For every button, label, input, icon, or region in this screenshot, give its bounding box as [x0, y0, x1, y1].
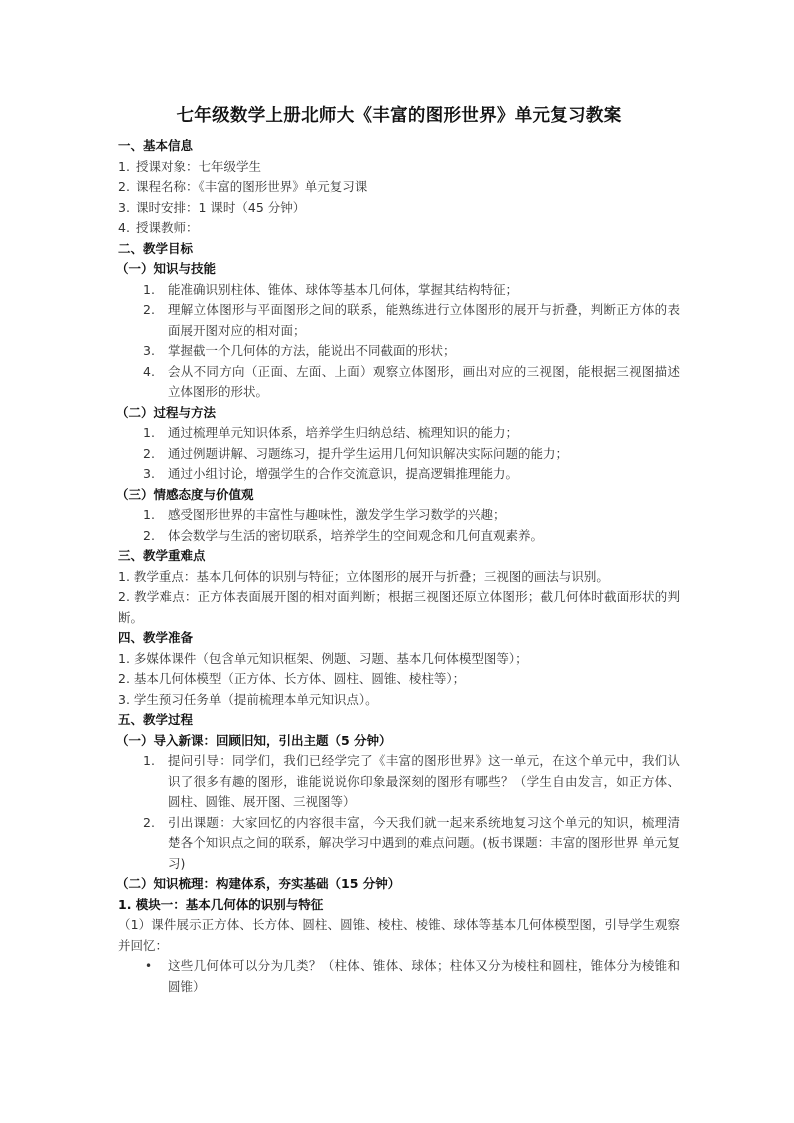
item-text: 提问引导：同学们，我们已经学完了《丰富的图形世界》这一单元，在这个单元中，我们认…: [168, 753, 680, 809]
list-item: 2.通过例题讲解、习题练习，提升学生运用几何知识解决实际问题的能力；: [118, 444, 680, 465]
bullet-list: •这些几何体可以分为几类？（柱体、锥体、球体；柱体又分为棱柱和圆柱，锥体分为棱锥…: [118, 956, 680, 997]
item-text: 这些几何体可以分为几类？（柱体、锥体、球体；柱体又分为棱柱和圆柱，锥体分为棱锥和…: [168, 958, 680, 994]
item-number: 1.: [118, 159, 130, 174]
list-item: 1.能准确识别柱体、锥体、球体等基本几何体，掌握其结构特征；: [118, 280, 680, 301]
info-item: 3.课时安排：1 课时（45 分钟）: [118, 198, 680, 219]
item-number: 2.: [118, 179, 130, 194]
preparation-item: 1. 多媒体课件（包含单元知识框架、例题、习题、基本几何体模型图等）；: [118, 649, 680, 670]
item-text: 课程名称：《丰富的图形世界》单元复习课: [136, 179, 367, 194]
key-point-item: 1. 教学重点：基本几何体的识别与特征；立体图形的展开与折叠；三视图的画法与识别…: [118, 567, 680, 588]
item-number: 3.: [118, 200, 130, 215]
list-item: 3.通过小组讨论，增强学生的合作交流意识，提高逻辑推理能力。: [118, 464, 680, 485]
list-item: 2.理解立体图形与平面图形之间的联系，能熟练进行立体图形的展开与折叠，判断正方体…: [118, 300, 680, 341]
item-text: 掌握截一个几何体的方法，能说出不同截面的形状；: [168, 343, 456, 358]
process-list: 1.通过梳理单元知识体系，培养学生归纳总结、梳理知识的能力； 2.通过例题讲解、…: [118, 423, 680, 485]
subsection-heading-values: （三）情感态度与价值观: [116, 485, 680, 506]
subsection-heading-knowledge: （一）知识与技能: [116, 259, 680, 280]
subsection-heading-review: （二）知识梳理：构建体系，夯实基础（15 分钟）: [116, 874, 680, 895]
item-text: 授课对象：七年级学生: [136, 159, 261, 174]
item-text: 通过梳理单元知识体系，培养学生归纳总结、梳理知识的能力；: [168, 425, 518, 440]
item-number: 2.: [143, 444, 155, 465]
list-item: 2.引出课题：大家回忆的内容很丰富，今天我们就一起来系统地复习这个单元的知识，梳…: [118, 813, 680, 875]
section-heading-objectives: 二、教学目标: [118, 239, 680, 260]
item-number: 1.: [143, 505, 155, 526]
item-number: 1.: [143, 423, 155, 444]
subsection-heading-process: （二）过程与方法: [116, 403, 680, 424]
section-heading-basic-info: 一、基本信息: [118, 136, 680, 157]
subsection-heading-intro: （一）导入新课：回顾旧知，引出主题（5 分钟）: [116, 731, 680, 752]
preparation-item: 2. 基本几何体模型（正方体、长方体、圆柱、圆锥、棱柱等）；: [118, 669, 680, 690]
document-page: 七年级数学上册北师大《丰富的图形世界》单元复习教案 一、基本信息 1.授课对象：…: [118, 104, 680, 997]
section-heading-process: 五、教学过程: [118, 710, 680, 731]
knowledge-list: 1.能准确识别柱体、锥体、球体等基本几何体，掌握其结构特征； 2.理解立体图形与…: [118, 280, 680, 403]
item-number: 3.: [143, 464, 155, 485]
item-text: 通过例题讲解、习题练习，提升学生运用几何知识解决实际问题的能力；: [168, 446, 568, 461]
item-number: 1.: [143, 751, 155, 772]
item-text: 引出课题：大家回忆的内容很丰富，今天我们就一起来系统地复习这个单元的知识，梳理清…: [168, 815, 680, 871]
list-item: 1.通过梳理单元知识体系，培养学生归纳总结、梳理知识的能力；: [118, 423, 680, 444]
item-number: 4.: [143, 362, 155, 383]
preparation-item: 3. 学生预习任务单（提前梳理本单元知识点）。: [118, 690, 680, 711]
item-text: 授课教师：: [136, 220, 199, 235]
item-number: 1.: [143, 280, 155, 301]
bullet-icon: •: [145, 956, 152, 977]
item-number: 2.: [143, 526, 155, 547]
module-paragraph: （1）课件展示正方体、长方体、圆柱、圆锥、棱柱、棱锥、球体等基本几何体模型图，引…: [118, 915, 680, 956]
item-text: 通过小组讨论，增强学生的合作交流意识，提高逻辑推理能力。: [168, 466, 518, 481]
item-text: 会从不同方向（正面、左面、上面）观察立体图形，画出对应的三视图，能根据三视图描述…: [168, 364, 680, 400]
list-item: 3.掌握截一个几何体的方法，能说出不同截面的形状；: [118, 341, 680, 362]
info-item: 4.授课教师：: [118, 218, 680, 239]
item-number: 2.: [143, 813, 155, 834]
item-number: 4.: [118, 220, 130, 235]
list-item: 1.提问引导：同学们，我们已经学完了《丰富的图形世界》这一单元，在这个单元中，我…: [118, 751, 680, 813]
intro-list: 1.提问引导：同学们，我们已经学完了《丰富的图形世界》这一单元，在这个单元中，我…: [118, 751, 680, 874]
item-number: 3.: [143, 341, 155, 362]
info-item: 1.授课对象：七年级学生: [118, 157, 680, 178]
item-number: 2.: [143, 300, 155, 321]
list-item: 4.会从不同方向（正面、左面、上面）观察立体图形，画出对应的三视图，能根据三视图…: [118, 362, 680, 403]
bullet-item: •这些几何体可以分为几类？（柱体、锥体、球体；柱体又分为棱柱和圆柱，锥体分为棱锥…: [118, 956, 680, 997]
item-text: 体会数学与生活的密切联系，培养学生的空间观念和几何直观素养。: [168, 528, 543, 543]
section-heading-key-points: 三、教学重难点: [118, 546, 680, 567]
module-heading: 1. 模块一：基本几何体的识别与特征: [118, 895, 680, 916]
info-item: 2.课程名称：《丰富的图形世界》单元复习课: [118, 177, 680, 198]
document-title: 七年级数学上册北师大《丰富的图形世界》单元复习教案: [118, 104, 680, 128]
item-text: 能准确识别柱体、锥体、球体等基本几何体，掌握其结构特征；: [168, 282, 518, 297]
list-item: 2.体会数学与生活的密切联系，培养学生的空间观念和几何直观素养。: [118, 526, 680, 547]
item-text: 课时安排：1 课时（45 分钟）: [136, 200, 305, 215]
item-text: 理解立体图形与平面图形之间的联系，能熟练进行立体图形的展开与折叠，判断正方体的表…: [168, 302, 680, 338]
section-heading-preparation: 四、教学准备: [118, 628, 680, 649]
difficulty-item: 2. 教学难点：正方体表面展开图的相对面判断；根据三视图还原立体图形；截几何体时…: [118, 587, 680, 628]
list-item: 1.感受图形世界的丰富性与趣味性，激发学生学习数学的兴趣；: [118, 505, 680, 526]
values-list: 1.感受图形世界的丰富性与趣味性，激发学生学习数学的兴趣； 2.体会数学与生活的…: [118, 505, 680, 546]
item-text: 感受图形世界的丰富性与趣味性，激发学生学习数学的兴趣；: [168, 507, 506, 522]
